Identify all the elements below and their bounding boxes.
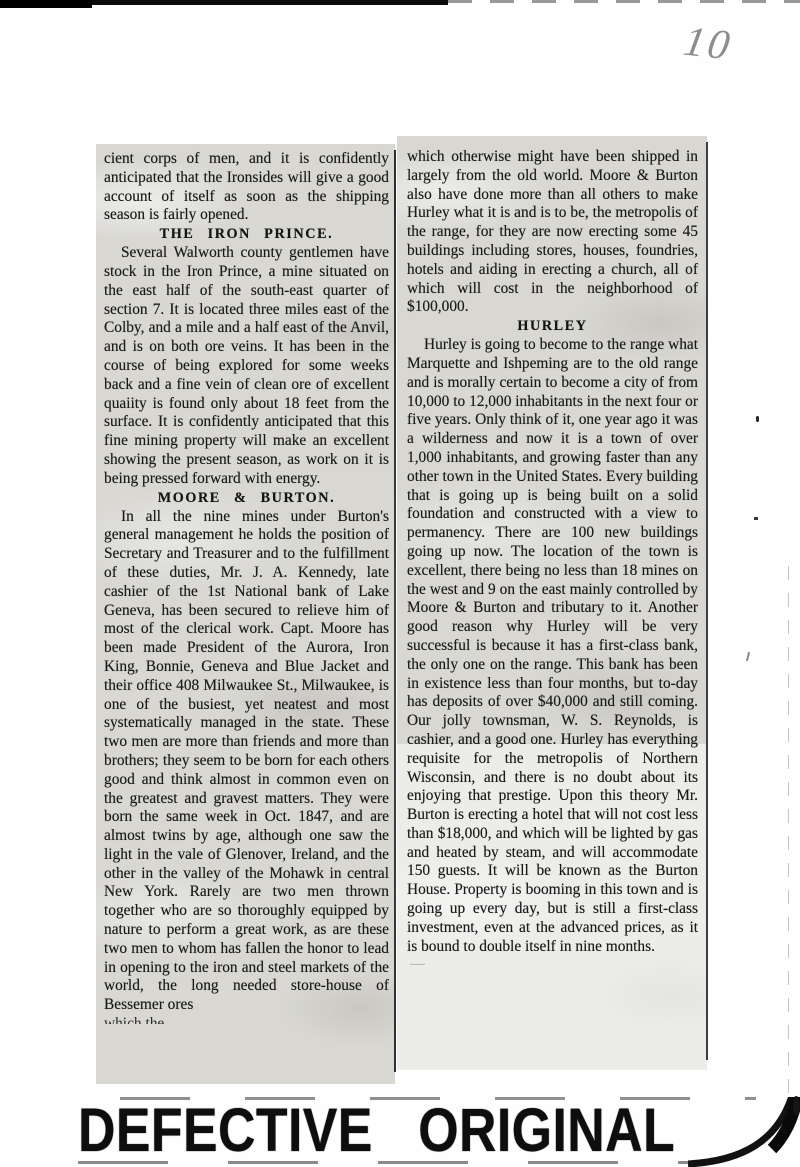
defective-original-stamp: DEFECTIVE ORIGINAL <box>78 1096 748 1164</box>
article-paragraph: cient corps of men, and it is confidentl… <box>104 150 389 225</box>
article-paragraph: In all the nine mines under Burton's gen… <box>104 508 389 1016</box>
cutoff-line: which the <box>104 1015 389 1024</box>
scanned-document-page: 10 cient corps of men, and it is confide… <box>0 0 800 1167</box>
section-heading: THE IRON PRINCE. <box>104 226 389 243</box>
scan-corner-mark <box>688 1097 800 1167</box>
scan-top-edge-dashes <box>448 0 800 3</box>
section-heading: HURLEY <box>407 318 698 335</box>
scan-artifact-line <box>788 566 789 1096</box>
article-column-right: which otherwise might have been shipped … <box>407 148 698 956</box>
section-heading: MOORE & BURTON. <box>104 490 389 507</box>
stray-ink-mark <box>756 416 759 422</box>
column-divider-rule <box>394 150 396 1072</box>
article-paragraph: Several Walworth county gentlemen have s… <box>104 244 389 488</box>
page-number-annotation: 10 <box>680 18 736 70</box>
article-paragraph: Hurley is going to become to the range w… <box>407 336 698 956</box>
stray-ink-mark <box>754 517 758 520</box>
article-column-left: cient corps of men, and it is confidentl… <box>104 150 389 1015</box>
scan-top-edge <box>0 0 448 5</box>
article-paragraph: which otherwise might have been shipped … <box>407 148 698 317</box>
newspaper-clipping-right: which otherwise might have been shipped … <box>397 136 707 1070</box>
clipping-right-edge-rule <box>706 142 708 1060</box>
scan-edge-blob <box>793 1096 800 1115</box>
stamp-text: DEFECTIVE ORIGINAL <box>78 1100 675 1160</box>
newspaper-clipping-left: cient corps of men, and it is confidentl… <box>96 144 395 1084</box>
stray-pen-mark <box>746 652 750 661</box>
